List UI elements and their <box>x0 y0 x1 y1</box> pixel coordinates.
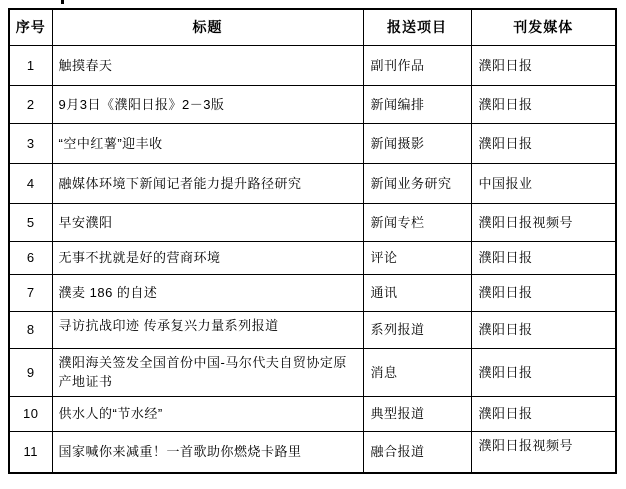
table-row: 9 濮阳海关签发全国首份中国-马尔代夫自贸协定原产地证书 消息 濮阳日报 <box>9 348 616 396</box>
table-row: 11 国家喊你来减重！一首歌助你燃烧卡路里 融合报道 濮阳日报视频号 <box>9 431 616 473</box>
row-number-cell: 7 <box>9 274 52 311</box>
table-row: 1 触摸春天 副刊作品 濮阳日报 <box>9 45 616 85</box>
media-cell: 濮阳日报 <box>471 123 616 163</box>
media-cell: 濮阳日报视频号 <box>471 431 616 473</box>
category-cell: 副刊作品 <box>363 45 471 85</box>
category-cell: 消息 <box>363 348 471 396</box>
row-number-cell: 10 <box>9 396 52 431</box>
table-row: 5 早安濮阳 新闻专栏 濮阳日报视频号 <box>9 203 616 241</box>
media-cell: 濮阳日报 <box>471 85 616 123</box>
title-cell: 国家喊你来减重！一首歌助你燃烧卡路里 <box>52 431 363 473</box>
title-cell: 触摸春天 <box>52 45 363 85</box>
table-row: 7 濮麦 186 的自述 通讯 濮阳日报 <box>9 274 616 311</box>
title-cell: “空中红薯”迎丰收 <box>52 123 363 163</box>
category-cell: 新闻业务研究 <box>363 163 471 203</box>
media-cell: 濮阳日报 <box>471 311 616 348</box>
category-cell: 通讯 <box>363 274 471 311</box>
title-cell: 早安濮阳 <box>52 203 363 241</box>
media-cell: 濮阳日报 <box>471 348 616 396</box>
header-cell-media: 刊发媒体 <box>471 9 616 45</box>
category-cell: 系列报道 <box>363 311 471 348</box>
title-cell: 寻访抗战印迹 传承复兴力量系列报道 <box>52 311 363 348</box>
row-number-cell: 6 <box>9 241 52 274</box>
category-cell: 融合报道 <box>363 431 471 473</box>
table-row: 3 “空中红薯”迎丰收 新闻摄影 濮阳日报 <box>9 123 616 163</box>
title-cell: 无事不扰就是好的营商环境 <box>52 241 363 274</box>
row-number-cell: 3 <box>9 123 52 163</box>
media-cell: 濮阳日报视频号 <box>471 203 616 241</box>
title-cell: 9月3日《濮阳日报》2－3版 <box>52 85 363 123</box>
row-number-cell: 5 <box>9 203 52 241</box>
row-number-cell: 11 <box>9 431 52 473</box>
media-cell: 濮阳日报 <box>471 241 616 274</box>
row-number-cell: 8 <box>9 311 52 348</box>
category-cell: 评论 <box>363 241 471 274</box>
header-cell-no: 序号 <box>9 9 52 45</box>
cropped-text-artifact <box>61 0 64 4</box>
table-row: 4 融媒体环境下新闻记者能力提升路径研究 新闻业务研究 中国报业 <box>9 163 616 203</box>
table-header-row: 序号 标题 报送项目 刊发媒体 <box>9 9 616 45</box>
table-row: 8 寻访抗战印迹 传承复兴力量系列报道 系列报道 濮阳日报 <box>9 311 616 348</box>
table-row: 2 9月3日《濮阳日报》2－3版 新闻编排 濮阳日报 <box>9 85 616 123</box>
submission-report-table: 序号 标题 报送项目 刊发媒体 1 触摸春天 副刊作品 濮阳日报 2 9月3日《… <box>8 8 617 474</box>
media-cell: 濮阳日报 <box>471 45 616 85</box>
category-cell: 新闻摄影 <box>363 123 471 163</box>
title-cell: 供水人的“节水经” <box>52 396 363 431</box>
title-cell: 濮麦 186 的自述 <box>52 274 363 311</box>
table-row: 6 无事不扰就是好的营商环境 评论 濮阳日报 <box>9 241 616 274</box>
title-cell: 融媒体环境下新闻记者能力提升路径研究 <box>52 163 363 203</box>
row-number-cell: 4 <box>9 163 52 203</box>
table-row: 10 供水人的“节水经” 典型报道 濮阳日报 <box>9 396 616 431</box>
media-cell: 中国报业 <box>471 163 616 203</box>
category-cell: 典型报道 <box>363 396 471 431</box>
media-cell: 濮阳日报 <box>471 396 616 431</box>
title-cell: 濮阳海关签发全国首份中国-马尔代夫自贸协定原产地证书 <box>52 348 363 396</box>
category-cell: 新闻专栏 <box>363 203 471 241</box>
category-cell: 新闻编排 <box>363 85 471 123</box>
media-cell: 濮阳日报 <box>471 274 616 311</box>
row-number-cell: 2 <box>9 85 52 123</box>
row-number-cell: 1 <box>9 45 52 85</box>
header-cell-category: 报送项目 <box>363 9 471 45</box>
row-number-cell: 9 <box>9 348 52 396</box>
header-cell-title: 标题 <box>52 9 363 45</box>
